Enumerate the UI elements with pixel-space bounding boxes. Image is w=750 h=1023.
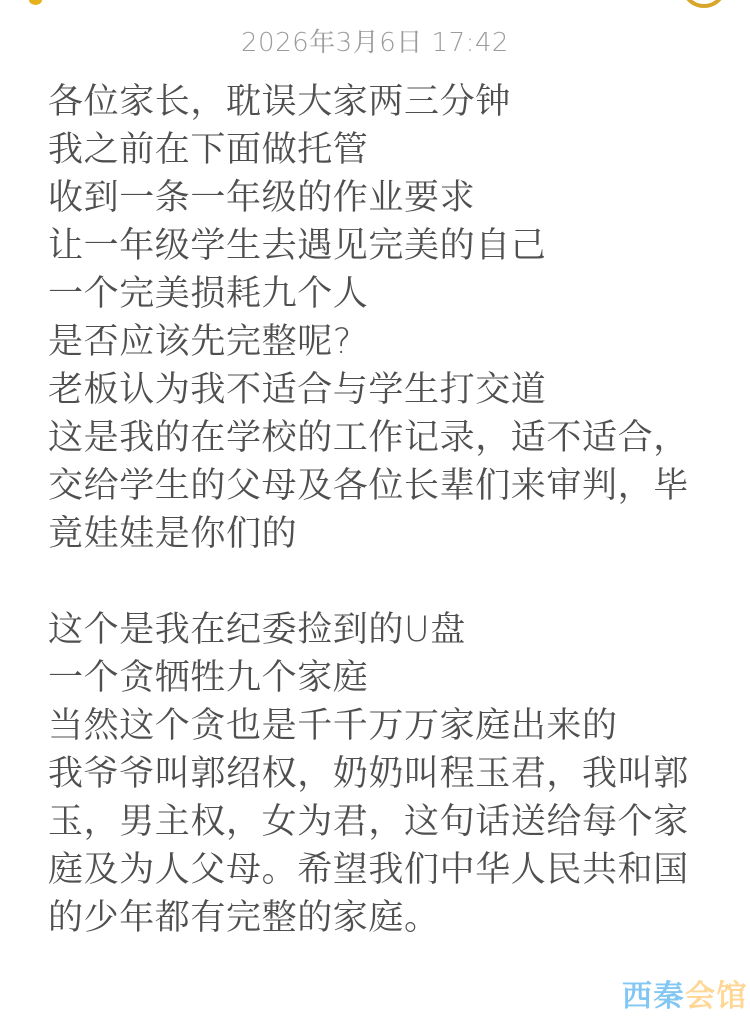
watermark-part2: 会馆 [685,979,748,1014]
watermark: 西秦会馆 [622,971,748,1015]
message-line: 这是我的在学校的工作记录，适不适合， [48,414,713,462]
cropped-emoji-face-icon [681,0,727,8]
message-line: 的少年都有完整的家庭。 [48,894,713,942]
message-line: 一个贪牺牲九个家庭 [48,654,713,702]
message-line: 收到一条一年级的作业要求 [48,174,713,222]
message-line: 是否应该先完整呢? [48,318,713,366]
message-line: 老板认为我不适合与学生打交道 [48,366,713,414]
message-line: 庭及为人父母。希望我们中华人民共和国 [48,846,713,894]
message-line: 交给学生的父母及各位长辈们来审判，毕 [48,462,713,510]
message-timestamp: 2026年3月6日 17:42 [0,28,750,58]
cropped-sticker-fragment-icon [29,0,42,5]
message-line: 竟娃娃是你们的 [48,510,713,558]
message-line: 我之前在下面做托管 [48,126,713,174]
message-line: 各位家长，耽误大家两三分钟 [48,78,713,126]
message-line: 一个完美损耗九个人 [48,270,713,318]
watermark-part1: 西秦 [622,979,685,1014]
message-line: 玉，男主权，女为君，这句话送给每个家 [48,798,713,846]
message-line: 我爷爷叫郭绍权，奶奶叫程玉君，我叫郭 [48,750,713,798]
message-line: 这个是我在纪委捡到的U盘 [48,606,713,654]
message-line: 当然这个贪也是千千万万家庭出来的 [48,702,713,750]
message-line: 让一年级学生去遇见完美的自己 [48,222,713,270]
chat-screen: 2026年3月6日 17:42 各位家长，耽误大家两三分钟 我之前在下面做托管 … [0,0,750,1023]
message-text: 各位家长，耽误大家两三分钟 我之前在下面做托管 收到一条一年级的作业要求 让一年… [48,78,713,942]
message-line-blank [48,558,713,606]
